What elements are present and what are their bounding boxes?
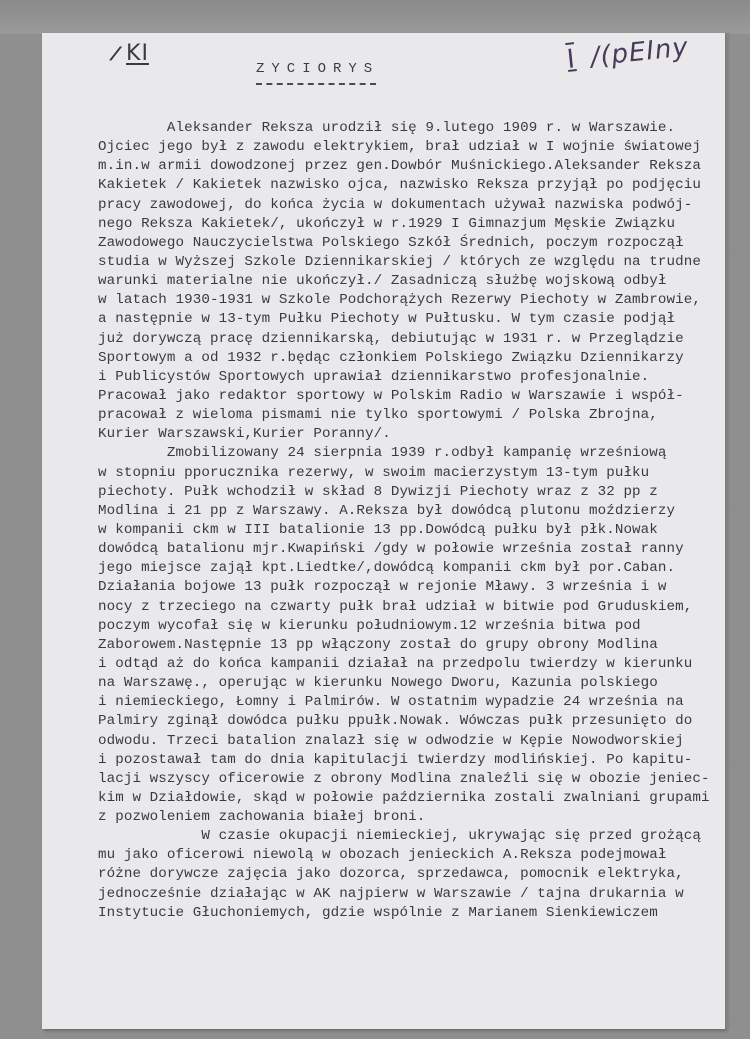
scribbled-out-mark: ⁄⁄⁄⁄⁄ [112,44,116,65]
text-line: Sportowym a od 1932 r.będąc członkiem Po… [98,349,718,368]
text-line: nocy z trzeciego na czwarty pułk brał ud… [98,598,718,617]
text-line: różne dorywcze zajęcia jako dozorca, spr… [98,865,718,884]
text-line: na Warszawę., operując w kierunku Nowego… [98,674,718,693]
text-line: warunki materialne nie ukończył./ Zasadn… [98,272,718,291]
text-line: i Publicystów Sportowych uprawiał dzienn… [98,368,718,387]
text-line: mu jako oficerowi niewolą w obozach jeni… [98,846,718,865]
text-line: poczym wycofał się w kierunku południowy… [98,617,718,636]
text-line: W czasie okupacji niemieckiej, ukrywając… [98,827,718,846]
text-line: w stopniu pporucznika rezerwy, w swoim m… [98,464,718,483]
text-line: piechoty. Pułk wchodził w skład 8 Dywizj… [98,483,718,502]
handwritten-roman-numeral: I [565,44,577,75]
handwritten-word: /(pEIny [589,32,690,72]
text-line: i odtąd aż do końca kampanii działał na … [98,655,718,674]
text-line: Pracował jako redaktor sportowy w Polski… [98,387,718,406]
text-line: studia w Wyższej Szkole Dziennikarskiej … [98,253,718,272]
text-line: lacji wszyscy oficerowie z obrony Modlin… [98,770,718,789]
text-line: jego miejsce zajął kpt.Liedtke/,dowódcą … [98,559,718,578]
document-page: ⁄⁄⁄⁄⁄ KI ZYCIORYS I /(pEIny Aleksander R… [42,33,725,1029]
text-line: w kompanii ckm w III batalionie 13 pp.Do… [98,521,718,540]
text-line: Modlina i 21 pp z Warszawy. A.Reksza był… [98,502,718,521]
text-line: i pozostawał tam do dnia kapitulacji twi… [98,751,718,770]
text-line: Zmobilizowany 24 sierpnia 1939 r.odbył k… [98,444,718,463]
text-line: Ojciec jego był z zawodu elektrykiem, br… [98,138,718,157]
text-line: Aleksander Reksza urodził się 9.lutego 1… [98,119,718,138]
handwritten-mark-ki: KI [126,41,149,66]
text-line: jednocześnie działając w AK najpierw w W… [98,885,718,904]
text-line: pracował z wieloma pismami nie tylko spo… [98,406,718,425]
text-line: w latach 1930-1931 w Szkole Podchorążych… [98,291,718,310]
text-line: kim w Działdowie, skąd w połowie paździe… [98,789,718,808]
text-line: m.in.w armii dowodzonej przez gen.Dowbór… [98,157,718,176]
scan-background-top [0,0,750,34]
text-line: i niemieckiego, Łomny i Palmirów. W osta… [98,693,718,712]
title-underline [256,83,376,85]
text-line: z pozwoleniem zachowania białej broni. [98,808,718,827]
text-line: Kurier Warszawski,Kurier Poranny/. [98,425,718,444]
text-line: Działania bojowe 13 pułk rozpoczął w rej… [98,578,718,597]
text-line: Zaborowem.Następnie 13 pp włączony zosta… [98,636,718,655]
text-line: Palmiry zginął dowódca pułku ppułk.Nowak… [98,712,718,731]
text-line: pracy zawodowej, do końca życia w dokume… [98,196,718,215]
text-line: a następnie w 13-tym Pułku Piechoty w Pu… [98,310,718,329]
text-line: Kakietek / Kakietek nazwisko ojca, nazwi… [98,176,718,195]
text-line: nego Reksza Kakietek/, ukończył w r.1929… [98,215,718,234]
text-line: odwodu. Trzeci batalion znalazł się w od… [98,732,718,751]
text-line: Instytucie Głuchoniemych, gdzie wspólnie… [98,904,718,923]
typed-body-text: Aleksander Reksza urodził się 9.lutego 1… [98,119,718,923]
handwritten-annotation-left: ⁄⁄⁄⁄⁄ KI [114,41,149,66]
text-line: dowódcą batalionu mjr.Kwapiński /gdy w p… [98,540,718,559]
text-line: Zawodowego Nauczycielstwa Polskiego Szkó… [98,234,718,253]
document-title: ZYCIORYS [256,61,379,77]
handwritten-annotation-right: I /(pEIny [565,32,690,75]
text-line: już dorywczą pracę dziennikarską, debiut… [98,330,718,349]
